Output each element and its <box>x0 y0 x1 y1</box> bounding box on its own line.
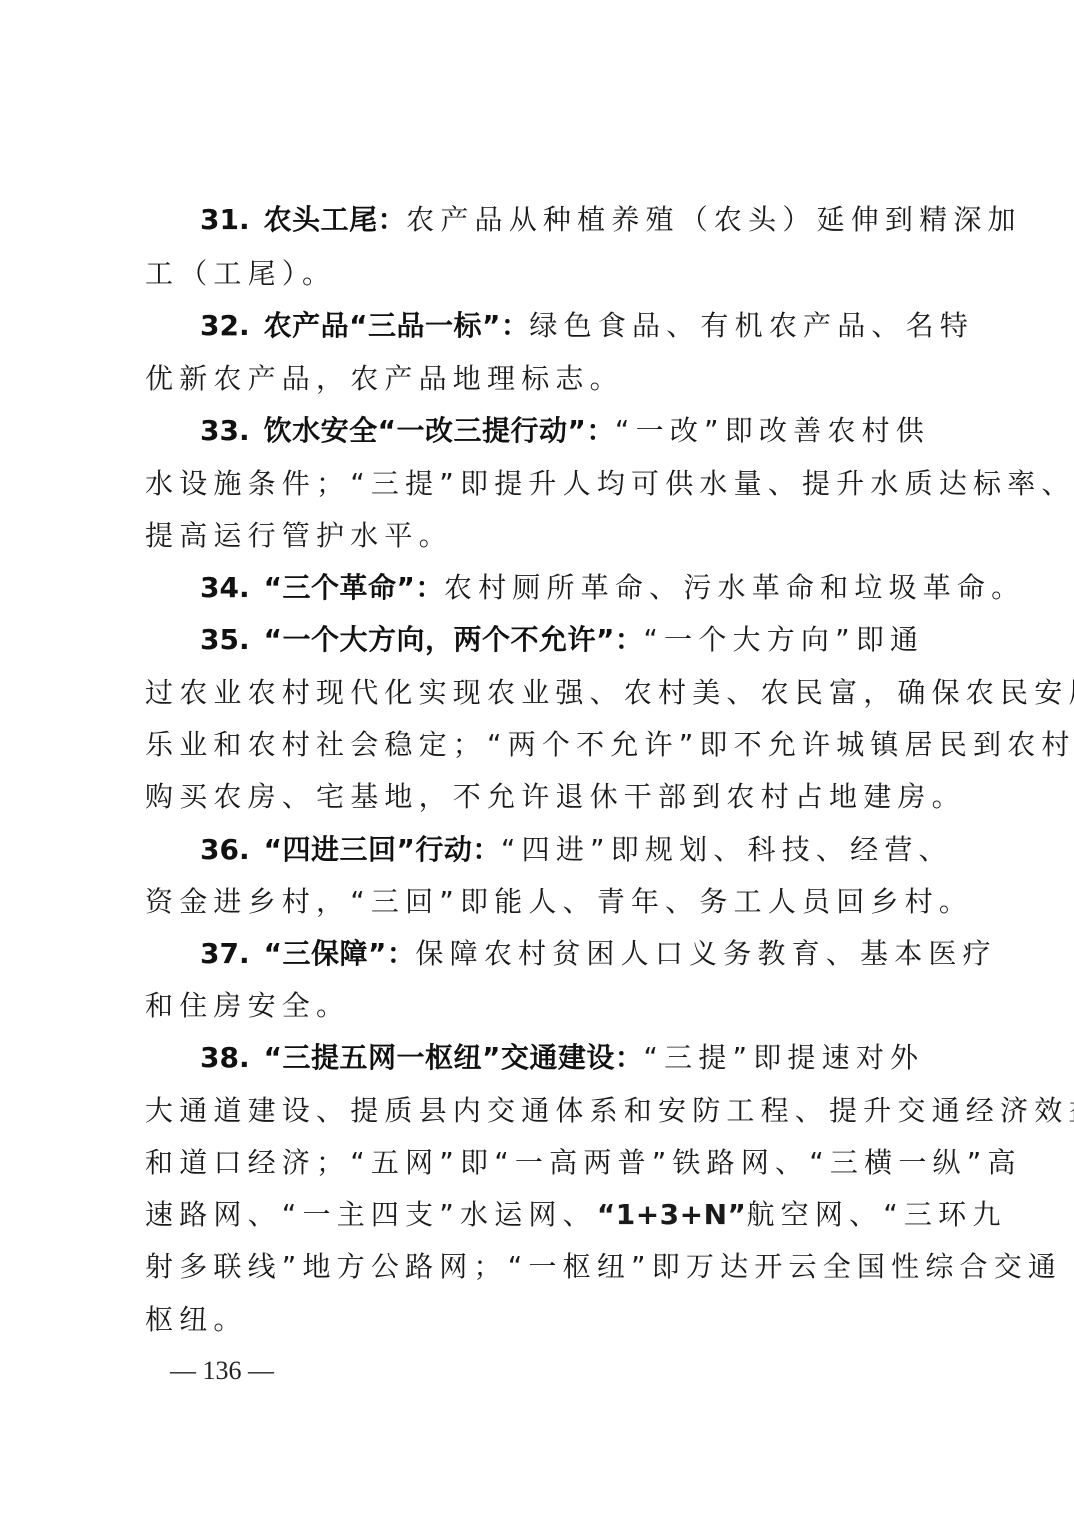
entry-35-line-4: 购买农房、宅基地，不允许退休干部到农村占地建房。 <box>145 779 966 815</box>
entry-38-line-1: 38.“三提五网一枢纽”交通建设：“三提”即提速对外 <box>200 1040 924 1076</box>
entry-description: 绿色食品、有机农产品、名特 <box>529 309 974 342</box>
entry-33-line-2: 水设施条件；“三提”即提升人均可供水量、提升水质达标率、 <box>145 466 1074 502</box>
entry-number: 37. <box>200 937 250 970</box>
entry-term: “一个大方向，两个不允许”： <box>264 623 644 656</box>
entry-35-line-1: 35.“一个大方向，两个不允许”：“一个大方向”即通 <box>200 622 924 658</box>
entry-term: 农头工尾： <box>264 203 407 236</box>
entry-number: 33. <box>200 414 250 447</box>
entry-term: “三提五网一枢纽”交通建设： <box>264 1041 644 1074</box>
entry-term: “四进三回”行动： <box>264 833 501 866</box>
entry-term: “三保障”： <box>264 937 416 970</box>
entry-description: 保障农村贫困人口义务教育、基本医疗 <box>415 937 996 970</box>
entry-31-line-1: 31.农头工尾：农产品从种植养殖（农头）延伸到精深加 <box>200 202 1022 238</box>
entry-description: “一个大方向”即通 <box>643 623 924 656</box>
entry-37-line-2: 和住房安全。 <box>145 988 350 1024</box>
entry-37-line-1: 37.“三保障”：保障农村贫困人口义务教育、基本医疗 <box>200 936 997 972</box>
entry-38-line-4-head: 速路网、“一主四支”水运网、 <box>145 1198 597 1231</box>
entry-term: 农产品“三品一标”： <box>264 309 530 342</box>
entry-34-line-1: 34.“三个革命”：农村厕所革命、污水革命和垃圾革命。 <box>200 570 1025 606</box>
entry-38-line-4: 速路网、“一主四支”水运网、“1+3+N”航空网、“三环九 <box>145 1197 1007 1233</box>
entry-32-line-2: 优新农产品，农产品地理标志。 <box>145 361 624 397</box>
entry-number: 36. <box>200 833 250 866</box>
entry-38-line-5: 射多联线”地方公路网；“一枢纽”即万达开云全国性综合交通 <box>145 1249 1062 1285</box>
entry-description: 农产品从种植养殖（农头）延伸到精深加 <box>406 203 1022 236</box>
entry-38-line-2: 大通道建设、提质县内交通体系和安防工程、提升交通经济效益 <box>145 1093 1074 1129</box>
entry-description: 农村厕所革命、污水革命和垃圾革命。 <box>444 571 1025 604</box>
entry-38-line-4-tail: 航空网、“三环九 <box>746 1198 1006 1231</box>
entry-35-line-3: 乐业和农村社会稳定；“两个不允许”即不允许城镇居民到农村 <box>145 727 1074 763</box>
entry-number: 34. <box>200 571 250 604</box>
entry-description: “三提”即提速对外 <box>643 1041 924 1074</box>
entry-38-line-3: 和道口经济；“五网”即“一高两普”铁路网、“三横一纵”高 <box>145 1145 1022 1181</box>
entry-38-line-6: 枢纽。 <box>145 1302 248 1338</box>
entry-number: 35. <box>200 623 250 656</box>
entry-number: 31. <box>200 203 250 236</box>
inline-bold-term: “1+3+N” <box>597 1198 747 1231</box>
entry-35-line-2: 过农业农村现代化实现农业强、农村美、农民富，确保农民安居 <box>145 675 1074 711</box>
document-page: 31.农头工尾：农产品从种植养殖（农头）延伸到精深加 工（工尾）。 32.农产品… <box>0 0 1074 1520</box>
entry-36-line-1: 36.“四进三回”行动：“四进”即规划、科技、经营、 <box>200 832 953 868</box>
entry-term: 饮水安全“一改三提行动”： <box>264 414 615 447</box>
entry-number: 38. <box>200 1041 250 1074</box>
entry-36-line-2: 资金进乡村，“三回”即能人、青年、务工人员回乡村。 <box>145 884 973 920</box>
entry-33-line-3: 提高运行管护水平。 <box>145 518 453 554</box>
entry-number: 32. <box>200 309 250 342</box>
entry-description: “一改”即改善农村供 <box>615 414 930 447</box>
page-number: — 136 — <box>170 1356 274 1386</box>
entry-32-line-1: 32.农产品“三品一标”：绿色食品、有机农产品、名特 <box>200 308 974 344</box>
entry-33-line-1: 33.饮水安全“一改三提行动”：“一改”即改善农村供 <box>200 413 930 449</box>
entry-term: “三个革命”： <box>264 571 444 604</box>
entry-description: “四进”即规划、科技、经营、 <box>501 833 953 866</box>
entry-31-line-2: 工（工尾）。 <box>145 256 336 292</box>
